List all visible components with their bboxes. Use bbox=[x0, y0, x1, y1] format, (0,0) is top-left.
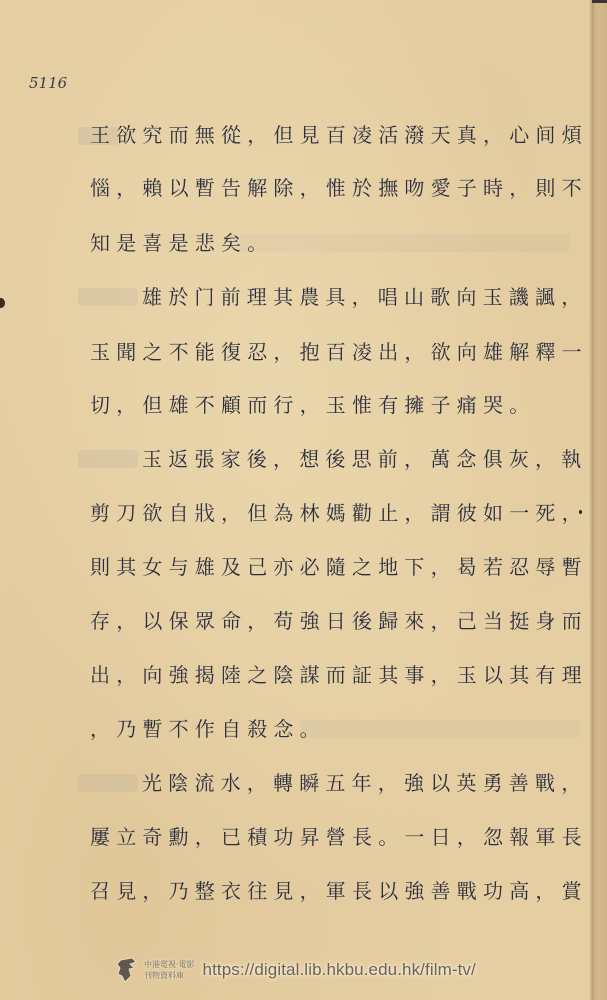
text-line: 則其女与雄及己亦必隨之地下，曷若忍辱暫 bbox=[90, 540, 588, 594]
paragraph-start-line: 玉返張家後，想後思前，萬念俱灰，執 bbox=[142, 432, 587, 486]
bleed-through-mark bbox=[78, 288, 138, 306]
paragraph-start-line: 雄於门前理其農具，唱山歌向玉譏諷， bbox=[142, 270, 587, 324]
page-number: 5116 bbox=[29, 74, 67, 92]
library-url: https://digital.lib.hkbu.edu.hk/film-tv/ bbox=[203, 960, 476, 980]
text-line: 切，但雄不顧而行，玉惟有擁子痛哭。 bbox=[90, 378, 535, 432]
text-line: 出，向強揭陸之陰謀而証其事，玉以其有理 bbox=[90, 648, 588, 702]
library-name-line1: 中港電視·電影 bbox=[144, 959, 195, 970]
text-line: 知是喜是悲矣。 bbox=[90, 216, 273, 270]
text-line: 召見，乃整衣往見，軍長以強善戰功高，賞 bbox=[90, 864, 588, 918]
text-line: 玉聞之不能復忍，抱百凌出，欲向雄解釋一 bbox=[90, 325, 588, 379]
paragraph-start-line: 光陰流水，轉瞬五年，強以英勇善戰， bbox=[142, 756, 587, 810]
binding-hole bbox=[0, 298, 5, 308]
library-name: 中港電視·電影 刊物資料庫 bbox=[144, 959, 195, 981]
text-line: ，乃暫不作自殺念。 bbox=[90, 702, 326, 756]
text-line: 屢立奇勳，已積功昇營長。一日，忽報軍長 bbox=[90, 810, 588, 864]
library-name-line2: 刊物資料庫 bbox=[144, 970, 195, 981]
bleed-through-mark bbox=[300, 720, 580, 738]
bleed-through-mark bbox=[78, 774, 138, 792]
text-line: 王欲究而無從，但見百凌活潑天真，心间煩 bbox=[90, 108, 588, 162]
bleed-through-mark bbox=[240, 234, 570, 252]
hkbu-logo-icon bbox=[116, 956, 140, 984]
bleed-through-mark bbox=[78, 450, 138, 468]
page-corner-shadow bbox=[592, 0, 607, 3]
page-binding-edge bbox=[592, 0, 607, 1000]
text-line: 剪刀欲自戕，但為林媽勸止，謂彼如一死， bbox=[90, 486, 588, 540]
library-watermark: 中港電視·電影 刊物資料庫 https://digital.lib.hkbu.e… bbox=[116, 954, 476, 986]
text-line: 惱，賴以暫告解除，惟於撫吻愛子時，則不 bbox=[90, 161, 588, 215]
text-line: 存，以保眾命，苟強日後歸來，己当挺身而 bbox=[90, 594, 588, 648]
scanned-page: 5116 王欲究而無從，但見百凌活潑天真，心间煩 惱，賴以暫告解除，惟於撫吻愛子… bbox=[0, 0, 607, 1000]
